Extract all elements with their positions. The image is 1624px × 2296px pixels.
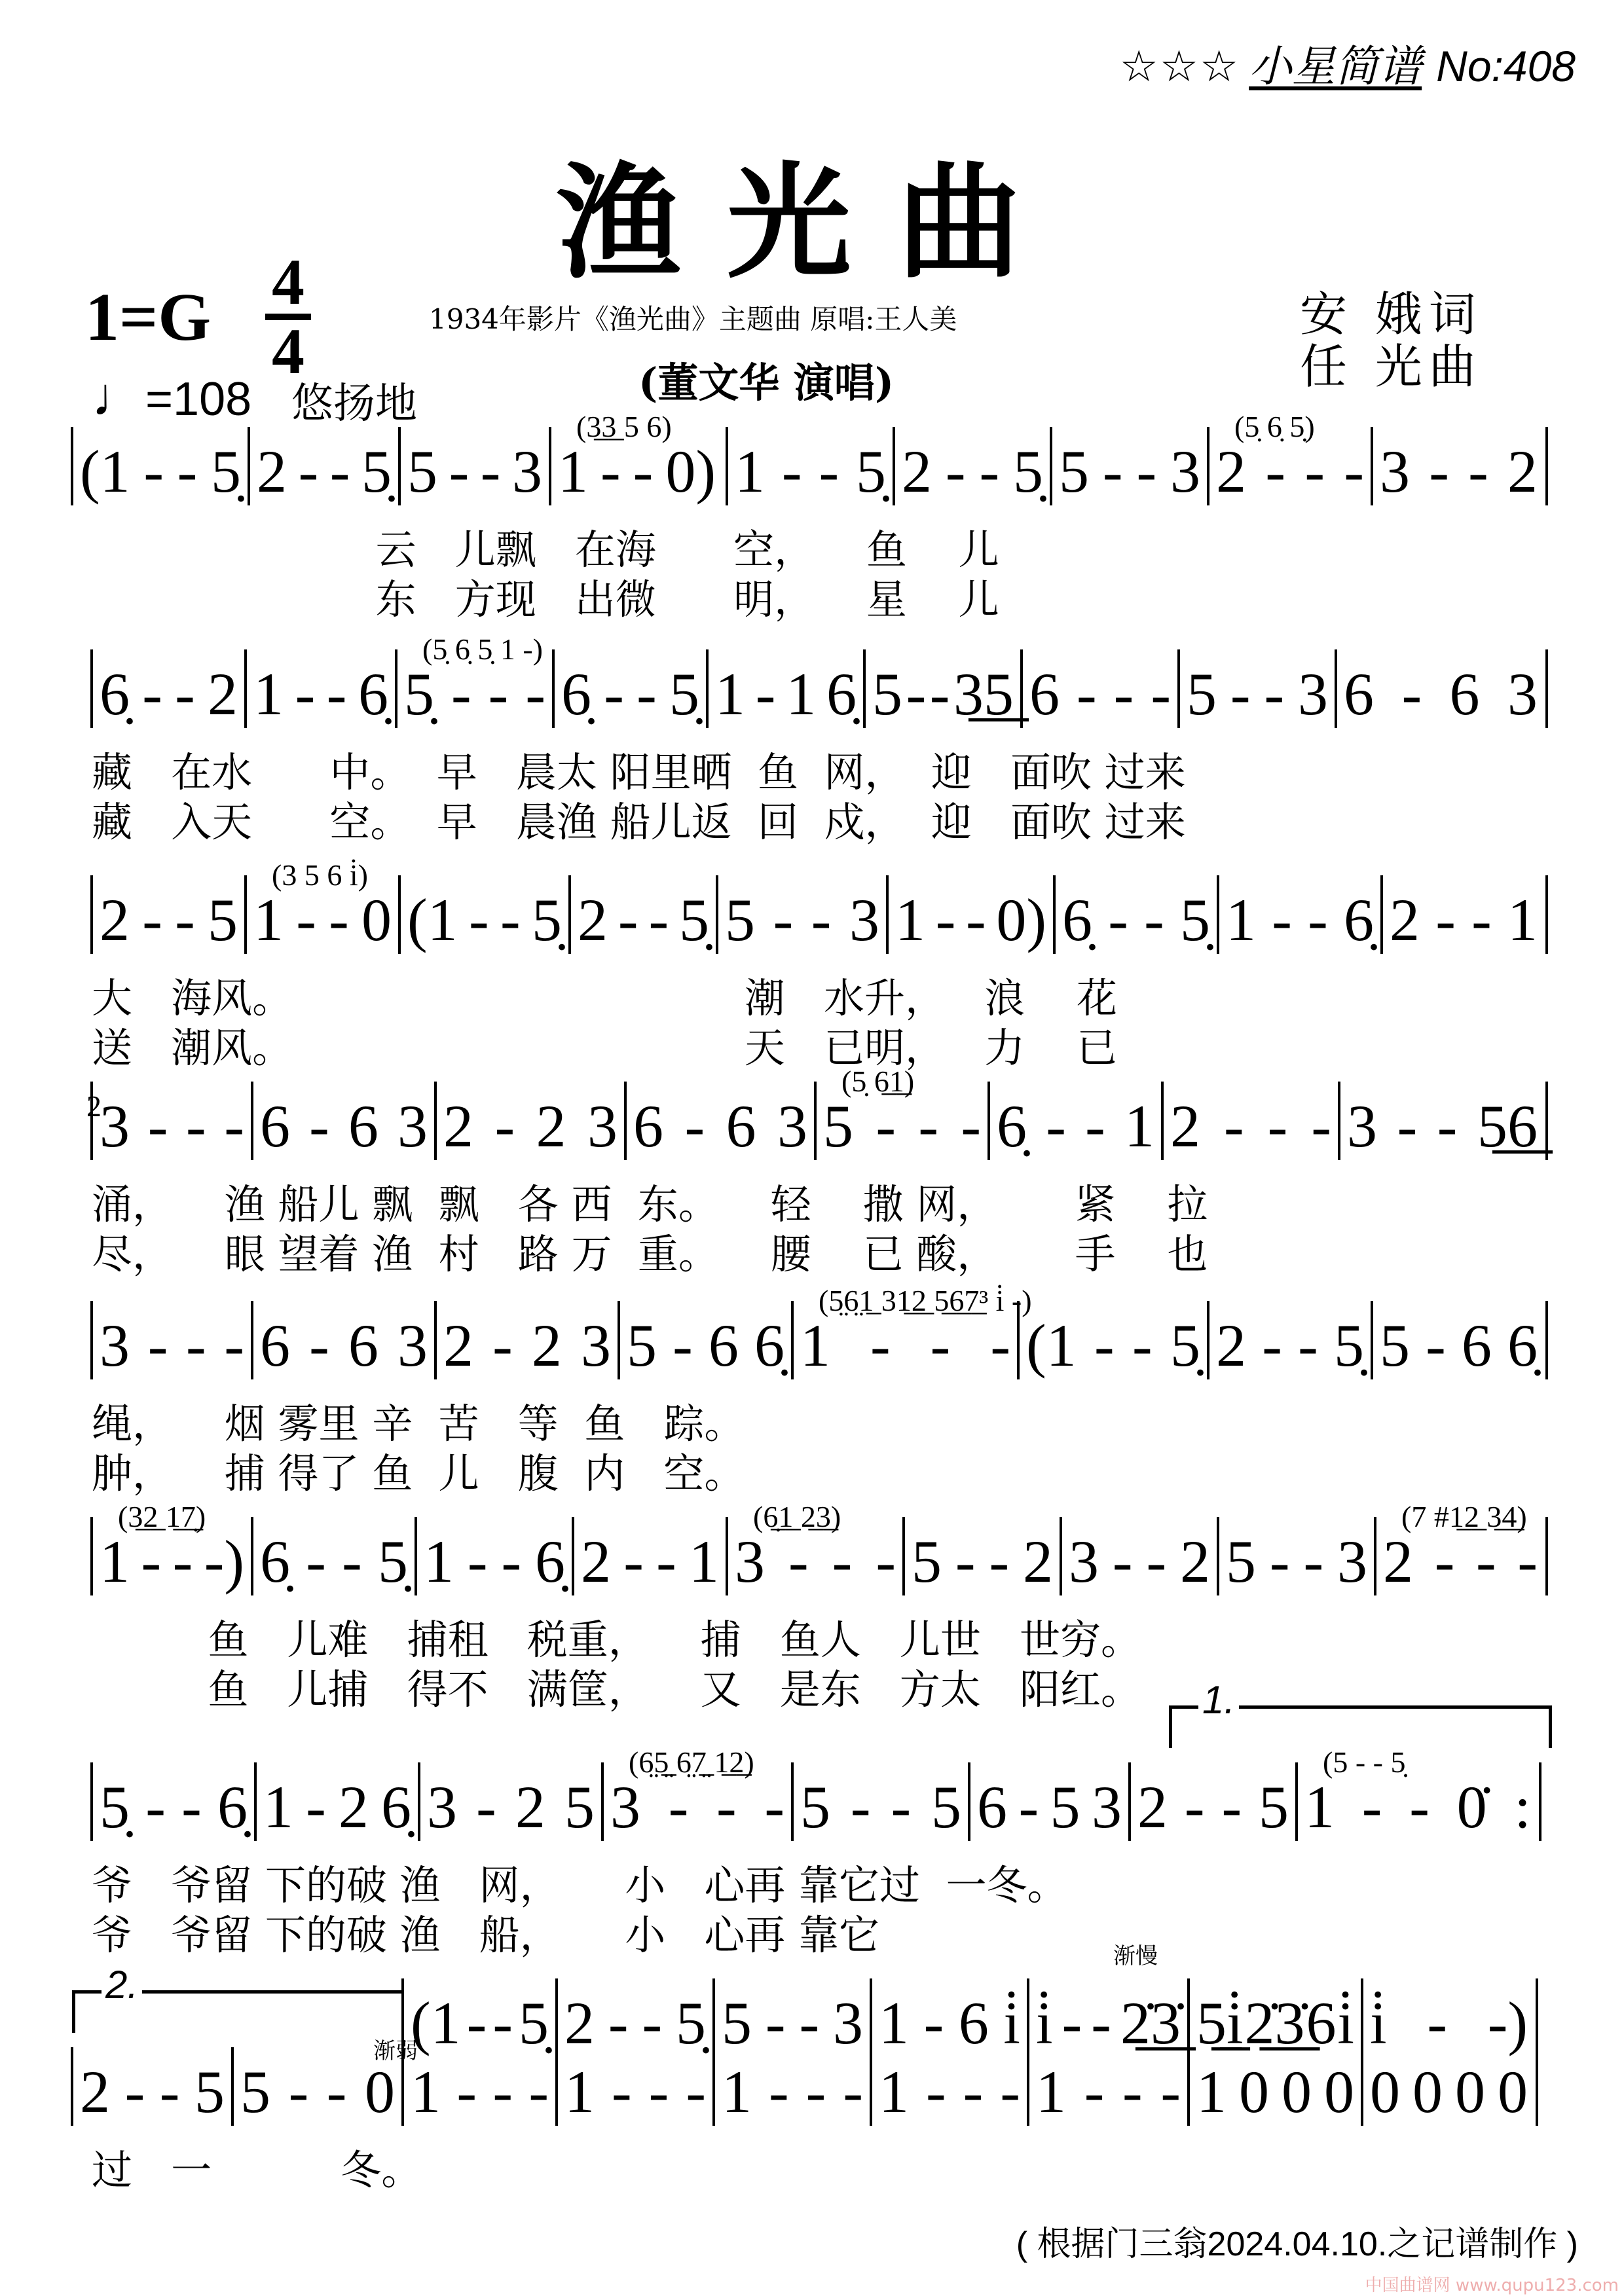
note: - — [1103, 432, 1123, 511]
note: 2 — [443, 1087, 473, 1165]
note: 1 — [1196, 2052, 1227, 2131]
note: 5̣ — [532, 881, 562, 959]
note: 0 — [1455, 2052, 1485, 2131]
measure: 1-6i̇ — [871, 1984, 1028, 2062]
grace-notes: (3̲3̲ 5 6) — [576, 388, 672, 466]
note: - — [1437, 1087, 1458, 1165]
note: - — [618, 881, 638, 959]
note: - — [1146, 1522, 1166, 1601]
note: - — [1136, 432, 1156, 511]
measure: 5--3 — [717, 881, 887, 959]
note: - — [1113, 1522, 1133, 1601]
barline — [1545, 1082, 1548, 1160]
measure: 3-25 — [419, 1768, 602, 1846]
note: - — [501, 1522, 521, 1601]
note: - — [1401, 655, 1422, 733]
note: 3 — [512, 432, 542, 511]
note: - — [924, 1984, 944, 2062]
note: 5 — [1187, 655, 1217, 733]
note: 3 — [581, 1306, 611, 1385]
note: - — [1114, 655, 1134, 733]
note: - — [309, 1087, 329, 1165]
note: 5 — [1050, 1768, 1080, 1846]
note: 6 — [1450, 655, 1480, 733]
measure: 2--5̣ — [249, 432, 399, 511]
note: - — [492, 1984, 513, 2062]
note: 5 — [800, 1768, 830, 1846]
note: - — [1018, 1768, 1039, 1846]
barline — [1545, 649, 1548, 728]
note: 6̣ — [1344, 881, 1374, 959]
grace-notes: (3̲2̲ 1̲7̣̲) — [118, 1478, 206, 1556]
note: 6̣ — [561, 655, 591, 733]
note: - — [966, 881, 986, 959]
note: 1 — [1124, 1087, 1154, 1165]
note: - — [1298, 1306, 1318, 1385]
volta-bracket: 1. — [1169, 1705, 1552, 1748]
measure: 2--5 — [1130, 1768, 1297, 1846]
note: - — [766, 1984, 786, 2062]
measure: 2--5̣ — [570, 881, 717, 959]
note: 3 — [1170, 432, 1200, 511]
measure: 5--3 — [1218, 1522, 1375, 1601]
note: - — [1151, 655, 1171, 733]
measure: i̇--2̲̇3̲̇ — [1028, 1984, 1189, 2062]
note: - — [1144, 881, 1164, 959]
note: - — [142, 881, 162, 959]
lyric-line: 鱼 儿捕 得不 满筐， 又 是东 方太 阳红。 — [92, 1657, 1141, 1715]
note: - — [1344, 432, 1364, 511]
measure: 5--3̲5̲ — [864, 655, 1022, 733]
note: - — [1308, 881, 1328, 959]
note: 6̣ — [535, 1522, 565, 1601]
brand-name[interactable]: 小星简谱 — [1249, 42, 1422, 90]
note: 5 — [240, 2052, 270, 2131]
measure: 1000 — [1189, 2052, 1362, 2131]
note: - — [186, 1087, 206, 1165]
note: 2 — [443, 1306, 473, 1385]
measure: 1--6̣ — [1218, 881, 1382, 959]
measure: (1--5̣ — [403, 1984, 557, 2062]
grace-notes: (5̣ 6̣ 5̣) — [1234, 388, 1315, 466]
note: 0 — [1498, 2052, 1528, 2131]
note: - — [181, 1768, 202, 1846]
note: - — [799, 1984, 819, 2062]
note: - — [936, 881, 956, 959]
measure: 5--3 — [1051, 432, 1208, 511]
note: 5̣ — [856, 432, 886, 511]
note: - — [1085, 1087, 1105, 1165]
note: - — [177, 432, 198, 511]
note: - — [309, 1306, 329, 1385]
barline — [1539, 1762, 1541, 1841]
note: 5 — [725, 881, 755, 959]
note: - — [612, 2052, 632, 2131]
measure: 5̣--6̣ — [92, 1768, 255, 1846]
note: - — [876, 1522, 896, 1601]
note: 5̣ — [1013, 432, 1043, 511]
note: - — [175, 655, 195, 733]
note: - — [306, 1768, 326, 1846]
note: 0 — [1324, 2052, 1354, 2131]
note: - — [456, 2052, 477, 2131]
note: 5̣ — [519, 1984, 549, 2062]
measure: 1--- — [1028, 2052, 1189, 2131]
note: (1 — [411, 1984, 461, 2062]
measure: 6-63 — [1336, 655, 1545, 733]
expression-marking: 悠扬地 — [291, 370, 417, 430]
composer-credit: 任 光曲 — [1300, 340, 1483, 393]
barline — [1545, 1517, 1548, 1595]
note: 3 — [397, 1087, 428, 1165]
note: - — [989, 1522, 1009, 1601]
note: - — [1000, 2052, 1020, 2131]
note: 2 — [564, 1984, 595, 2062]
note: 5̣ — [100, 1768, 130, 1846]
note: - — [637, 655, 657, 733]
note: - — [306, 1522, 326, 1601]
time-signature-top: 4 — [265, 252, 311, 312]
note: - — [1046, 1087, 1066, 1165]
note: - — [289, 2052, 309, 2131]
note: 1 — [1036, 2052, 1066, 2131]
lyric-line: 东 方现 出微 明， 星 儿 — [92, 567, 999, 625]
measure: 6-63 — [625, 1087, 815, 1165]
measure: 2--1 — [1382, 881, 1545, 959]
note: - — [469, 881, 489, 959]
note: - — [468, 1522, 488, 1601]
note: 1 — [879, 1984, 909, 2062]
note: 2 — [208, 655, 238, 733]
note: 5 — [1380, 1306, 1410, 1385]
measure: 1-26̣ — [255, 1768, 419, 1846]
note: 3 — [427, 1768, 457, 1846]
note: 5̣ — [361, 432, 392, 511]
measure: 0000 — [1362, 2052, 1536, 2131]
note: 5̣ — [1180, 881, 1210, 959]
note: - — [1160, 2052, 1181, 2131]
grace-notes: (5̣ 6̣ 5̣ 1 -) — [422, 610, 543, 689]
note: 3 — [100, 1087, 130, 1165]
measure: 6-63 — [252, 1087, 435, 1165]
note: 5̣ — [669, 655, 699, 733]
measure: 2-23 — [435, 1087, 625, 1165]
decrescendo-mark: 渐弱 — [373, 2033, 418, 2065]
transcription-note: ( 根据门三翁2024.04.10.之记谱制作 ) — [1016, 2216, 1578, 2265]
note: 1 — [715, 655, 745, 733]
note: 6̣ — [358, 655, 388, 733]
note: - — [1311, 1087, 1331, 1165]
note: i̇ — [1003, 1984, 1020, 2062]
note: 1 — [253, 655, 284, 733]
note: 2 — [515, 1768, 545, 1846]
note: - — [327, 655, 347, 733]
note: 0 — [1282, 2052, 1312, 2131]
note: 3 — [849, 881, 879, 959]
measure: 3--2 — [1061, 1522, 1218, 1601]
note: - — [467, 1984, 487, 2062]
note: 6̣ — [1507, 1306, 1538, 1385]
note: 3 — [777, 1087, 807, 1165]
note: - — [926, 2052, 946, 2131]
note: 5 — [564, 1768, 595, 1846]
note: - — [1471, 881, 1492, 959]
measure: 1--- — [403, 2052, 557, 2131]
note: 5 — [931, 1768, 961, 1846]
grace-note: 2 — [86, 1067, 101, 1146]
note: 6 — [260, 1306, 290, 1385]
note: -) — [204, 1522, 244, 1601]
grace-notes: (6̣̲1̲ 2̲3̲) — [753, 1478, 841, 1556]
song-title: 渔光曲 — [0, 160, 1624, 285]
note: 5 — [194, 2052, 225, 2131]
measure: 1--6̣ — [246, 655, 396, 733]
note: 1 — [879, 2052, 909, 2131]
note: - — [648, 881, 669, 959]
note: - — [608, 1984, 629, 2062]
measure: 6̣--5̣ — [1054, 881, 1218, 959]
note: - — [979, 432, 999, 511]
note: - — [1185, 1768, 1205, 1846]
note: 3 — [833, 1984, 863, 2062]
note: 1 — [786, 655, 816, 733]
barline — [1545, 427, 1548, 505]
note: 6 — [709, 1306, 739, 1385]
lyric-line: 藏 入天 空。 早 晨渔 船儿返 回 戍， 迎 面吹 过来 — [92, 790, 1186, 848]
note: 5̣ — [211, 432, 241, 511]
subtitle: 1934年影片《渔光曲》主题曲 原唱:王人美 — [429, 298, 957, 337]
measure: 3--- — [92, 1306, 252, 1385]
note: - — [955, 1522, 976, 1601]
note: - — [764, 1768, 784, 1846]
note: - — [918, 1087, 938, 1165]
note: - — [843, 2052, 863, 2131]
note: 1 — [895, 881, 925, 959]
note: 1 — [424, 1522, 454, 1601]
note: - — [1426, 1306, 1446, 1385]
note: - — [1084, 2052, 1105, 2131]
note: 2 — [1180, 1522, 1210, 1601]
measure: 1--- — [557, 2052, 714, 2131]
note: - — [299, 432, 319, 511]
note: 6 — [1462, 1306, 1492, 1385]
note: : — [1514, 1768, 1531, 1846]
measure: 5--3 — [1179, 655, 1336, 733]
note: - — [175, 881, 195, 959]
note: - — [1077, 655, 1097, 733]
measure: 6--- — [1022, 655, 1179, 733]
note: 1 — [564, 2052, 595, 2131]
note: - — [1230, 655, 1251, 733]
measure: 6̣--1 — [989, 1087, 1162, 1165]
note: (1 — [407, 881, 458, 959]
measure: 5-66̣ — [1372, 1306, 1545, 1385]
measure: 5-66̣ — [619, 1306, 792, 1385]
ritardando-mark: 渐慢 — [1113, 1938, 1158, 1970]
note: -) — [1488, 1984, 1528, 2062]
measure: 5--5 — [792, 1768, 969, 1846]
barline — [1545, 1301, 1548, 1379]
note: 1 — [689, 1522, 719, 1601]
lyric-line: 过 一 冬。 — [92, 2138, 422, 2196]
note: 5 — [407, 432, 437, 511]
note: 2 — [532, 1306, 562, 1385]
note: 5 — [1226, 1522, 1256, 1601]
measure: 2--5̣ — [557, 1984, 714, 2062]
brand-header: ☆☆☆小星简谱No:408 — [1120, 31, 1576, 94]
note: - — [476, 1768, 496, 1846]
note: - — [143, 432, 164, 511]
barline — [1536, 2047, 1538, 2126]
measure: 5--3 — [399, 432, 550, 511]
volta-bracket: 2. — [72, 1990, 403, 2033]
note: - — [1264, 655, 1284, 733]
note: 1 — [1507, 881, 1538, 959]
note: 2 — [536, 1087, 566, 1165]
note: 3 — [1380, 432, 1410, 511]
grace-notes: (7 #1̲2̲ 3̲4̲) — [1401, 1478, 1527, 1556]
lyric-line: 送 潮风。 天 已明， 力 已 — [92, 1015, 1117, 1074]
note: - — [782, 432, 802, 511]
singer-credit: (董文华 演唱) — [638, 350, 894, 409]
tempo-marking: ♩=108 — [92, 367, 251, 428]
note: - — [1427, 1984, 1447, 2062]
note: 5̣ — [676, 1984, 706, 2062]
note: - — [623, 1522, 644, 1601]
note: - — [811, 881, 832, 959]
volta-label: 2. — [101, 1962, 142, 2007]
note: - — [1409, 1768, 1430, 1846]
note: - — [1303, 1522, 1323, 1601]
grace-notes: (6̤5̤̲ 6̤7̤̲ 1̲2̲) — [629, 1723, 754, 1802]
volta-label: 1. — [1198, 1677, 1239, 1722]
note: - — [1397, 1087, 1418, 1165]
note: - — [1224, 1087, 1244, 1165]
note: 2 — [80, 2052, 110, 2131]
note: - — [684, 1087, 705, 1165]
note: 0 — [1412, 2052, 1443, 2131]
measure: 1--6̣ — [416, 1522, 573, 1601]
note: - — [142, 655, 162, 733]
note: - — [295, 655, 316, 733]
note: - — [148, 1087, 168, 1165]
note: - — [649, 2052, 669, 2131]
note: 6 — [348, 1087, 378, 1165]
measure: 2--5̣ — [1208, 1306, 1372, 1385]
note: 0 — [1370, 2052, 1400, 2131]
note: 5̣ — [1334, 1306, 1364, 1385]
note: 2̲̇3̲̇ — [1245, 1984, 1305, 2062]
measure: 3--2 — [1372, 432, 1545, 511]
note: 5 — [912, 1522, 942, 1601]
note: (1 — [80, 432, 130, 511]
note: 6 — [348, 1306, 378, 1385]
note: 5̣ — [679, 881, 709, 959]
note: 3 — [1337, 1522, 1367, 1601]
grace-notes: (5̤6̤1̲ 31̲2̲ 5̲6̲7̲³ i̇ -) — [819, 1262, 1032, 1340]
note: 3 — [1507, 655, 1538, 733]
note: - — [342, 1522, 362, 1601]
note: 6̣ — [100, 655, 130, 733]
measure: 6-53 — [969, 1768, 1130, 1846]
measure: 1-16̣ — [707, 655, 864, 733]
note: - — [1091, 1984, 1111, 2062]
measure: i̇--) — [1362, 1984, 1536, 2062]
key-signature: 1=G — [85, 278, 211, 356]
note: 3 — [100, 1306, 130, 1385]
tempo-value: =108 — [145, 373, 251, 426]
note: - — [224, 1306, 244, 1385]
note: - — [686, 2052, 706, 2131]
note: - — [819, 432, 839, 511]
note: 1 — [263, 1768, 293, 1846]
star-icons: ☆☆☆ — [1120, 42, 1240, 90]
note: 5 — [208, 881, 238, 959]
measure: 6̣--5̣ — [252, 1522, 416, 1601]
note: 2 — [1216, 1306, 1246, 1385]
lyricist-credit: 安 娥词 — [1300, 288, 1483, 340]
note: 5̲6̲ — [1477, 1087, 1538, 1165]
note: 2 — [339, 1768, 369, 1846]
barline — [1545, 875, 1548, 954]
measure: (1--5̣ — [72, 432, 249, 511]
note: 6̣ — [381, 1768, 411, 1846]
note: (1 — [1026, 1306, 1077, 1385]
note: - — [656, 1522, 676, 1601]
note: 6 — [977, 1768, 1007, 1846]
note: 6 — [1029, 655, 1060, 733]
note: 2 — [578, 881, 608, 959]
time-signature: 4 4 — [265, 252, 311, 382]
score-number: No:408 — [1436, 42, 1576, 90]
note: - — [1094, 1306, 1115, 1385]
note: 5̲i̲̇ — [1196, 1984, 1244, 2062]
measure: 2--1 — [573, 1522, 727, 1601]
note: 5 — [722, 1984, 752, 2062]
note: 5 — [1059, 432, 1089, 511]
measure: 6̣--5̣ — [553, 655, 707, 733]
measure: 2--5̣ — [894, 432, 1051, 511]
measure: 2--5 — [92, 881, 246, 959]
note: - — [492, 1306, 513, 1385]
measure: 6-63 — [252, 1306, 435, 1385]
note: 6̣ — [1062, 881, 1092, 959]
note: - — [1429, 432, 1449, 511]
note: 2 — [1390, 881, 1420, 959]
note: 0) — [665, 432, 716, 511]
note: 3 — [1092, 1768, 1122, 1846]
note: 6̣ — [260, 1522, 290, 1601]
grace-notes: (5̣ 6̲1̲) — [841, 1042, 914, 1121]
note: 0) — [996, 881, 1046, 959]
note: 5̣ — [378, 1522, 408, 1601]
measure: 5̲i̲̇2̲̇3̲̇6i̇ — [1189, 1984, 1362, 2062]
barline — [1536, 1978, 1538, 2057]
measure: 1--5̣ — [727, 432, 894, 511]
note: - — [604, 655, 624, 733]
note: - — [148, 1306, 168, 1385]
note: 2 — [100, 881, 130, 959]
note: 3̲5̲ — [953, 655, 1014, 733]
quarter-note-icon: ♩ — [92, 367, 145, 427]
note: - — [494, 1087, 515, 1165]
note: - — [930, 655, 950, 733]
note: - — [891, 1768, 911, 1846]
note: 5̣ — [1170, 1306, 1200, 1385]
note: 2 — [581, 1522, 611, 1601]
measure: 2-23 — [435, 1306, 619, 1385]
note: 1 — [1226, 881, 1256, 959]
